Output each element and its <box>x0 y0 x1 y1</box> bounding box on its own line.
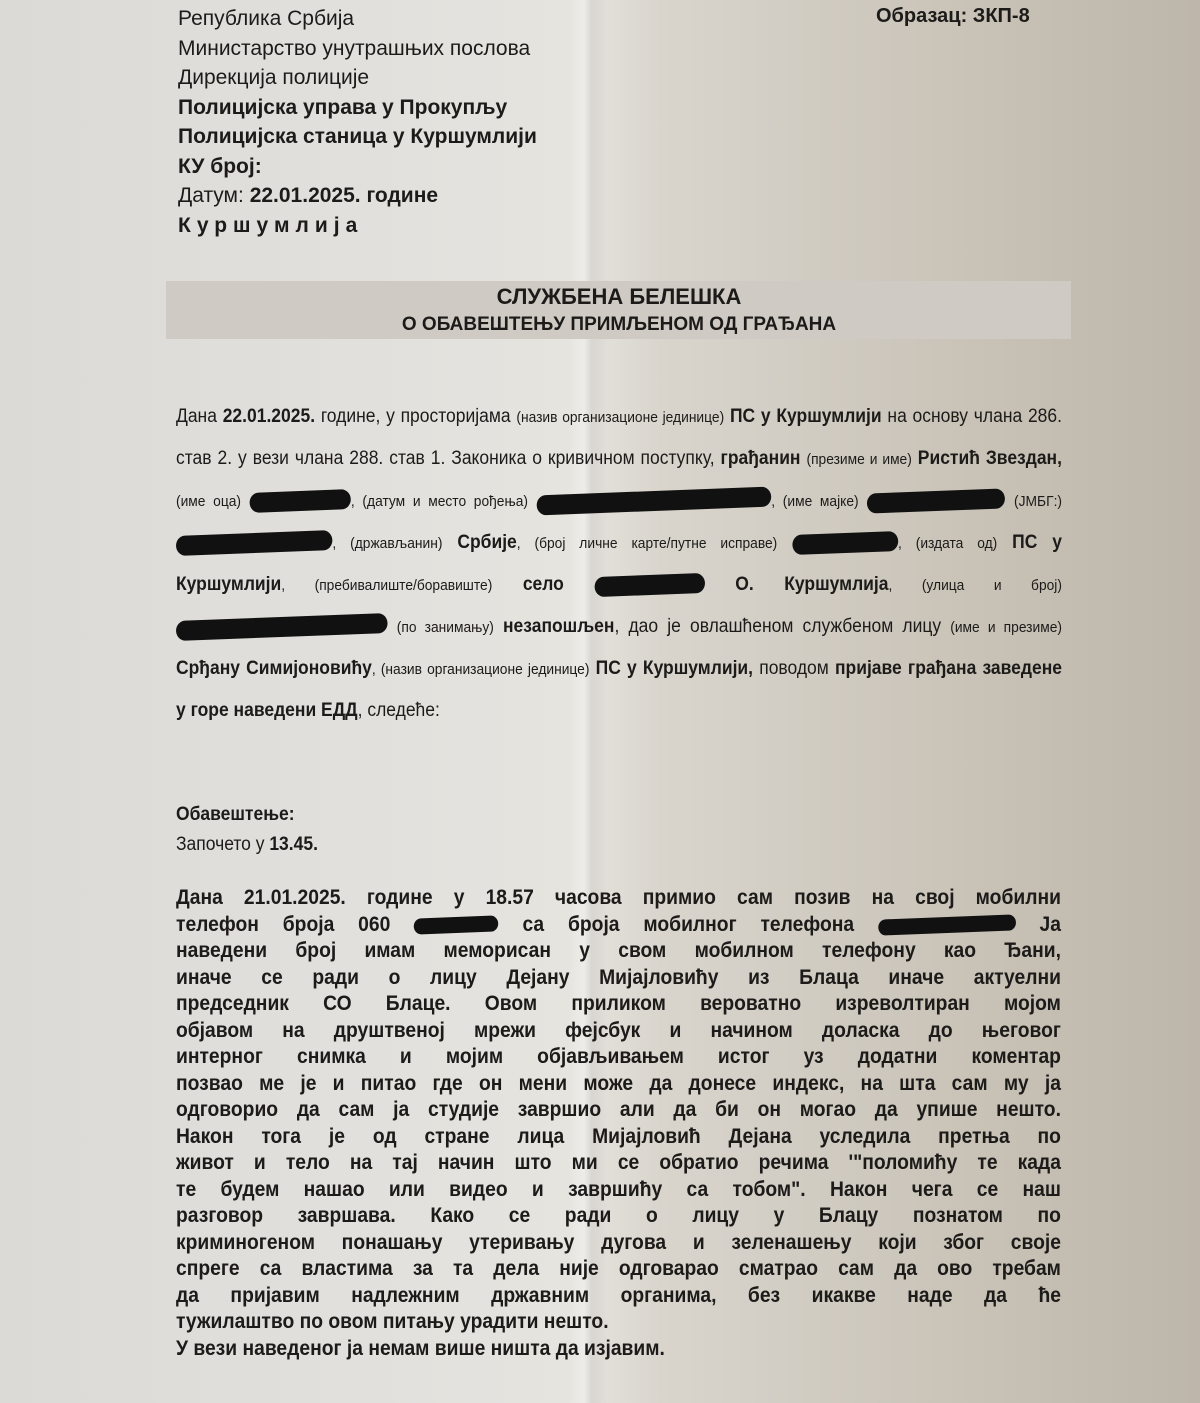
redaction-mark <box>249 489 351 513</box>
header-republic: Република Србија <box>178 4 537 34</box>
document-title: СЛУЖБЕНА БЕЛЕШКА <box>0 284 1200 310</box>
citizenship-value: Србије <box>457 532 516 553</box>
header-police-administration: Полицијска управа у Прокупљу <box>178 93 537 123</box>
statement-line: иначе се ради о лицу Дејану Мијајловићу … <box>176 965 1061 992</box>
notice-block: Обавештење: Започето у 13.45. <box>176 800 318 860</box>
citizen-name: Ристић Звездан, <box>918 448 1062 469</box>
date-label: Датум: <box>178 184 244 207</box>
statement-line: тужилаштво по овом питању урадити нешто. <box>176 1309 1061 1336</box>
field-label: , (број личне карте/путне исправе) <box>517 535 778 552</box>
statement-line: одговорио да сам ја студије завршио али … <box>176 1097 1061 1124</box>
redaction-mark <box>867 488 1006 513</box>
header-directorate: Дирекција полиције <box>178 63 537 93</box>
statement-line: да пријавим надлежним државним органима,… <box>176 1283 1061 1310</box>
field-label: (ЈМБГ:) <box>1014 493 1062 510</box>
field-label: (назив организационе јединице) <box>516 409 724 426</box>
statement-line: спреге са властима за та дела није одгов… <box>176 1256 1061 1283</box>
statement-line: криминогеном понашању утеривању дугова и… <box>176 1230 1061 1257</box>
statement-text: Ја <box>1040 913 1061 936</box>
intro-text: поводом <box>759 658 829 679</box>
form-code: Образац: ЗКП-8 <box>876 5 1030 28</box>
header-date: Датум: 22.01.2025. године <box>178 181 537 211</box>
redaction-mark <box>414 915 499 934</box>
statement-body: Дана 21.01.2025. године у 18.57 часова п… <box>176 885 1061 1362</box>
field-label: (презиме и име) <box>806 451 911 468</box>
municipality-value: О. Куршумлија <box>735 574 888 595</box>
occupation-value: незапошљен <box>503 616 614 637</box>
header-city: Куршумлија <box>178 211 537 241</box>
started-label: Започето у <box>176 834 264 855</box>
statement-line: те будем нашао или видео и завршићу са т… <box>176 1177 1061 1204</box>
field-label: , (улица и број) <box>888 577 1061 594</box>
intro-text: , дао је овлашћеном службеном лицу <box>614 616 941 637</box>
unit-value: ПС у Куршумлији <box>730 406 882 427</box>
officer-name: Срђану Симијоновићу <box>176 658 372 679</box>
statement-line: Након тога је од стране лица Мијајловић … <box>176 1124 1061 1151</box>
header-police-station: Полицијска станица у Куршумлији <box>178 122 537 152</box>
statement-line: живот и тело на тај начин што ми се обра… <box>176 1150 1061 1177</box>
field-label: (по занимању) <box>397 619 494 636</box>
statement-line: објавом на друштвеној мрежи фејсбук и на… <box>176 1018 1061 1045</box>
statement-line: председник СО Блаце. Овом приликом веров… <box>176 991 1061 1018</box>
statement-line: разговор завршава. Како се ради о лицу у… <box>176 1203 1061 1230</box>
field-label: (име оца) <box>176 493 241 510</box>
field-label: , (име мајке) <box>771 493 858 510</box>
header-case-number: КУ број: <box>178 152 537 182</box>
statement-line: Дана 21.01.2025. године у 18.57 часова п… <box>176 885 1061 912</box>
statement-line: телефон броја 060 са броја мобилног теле… <box>176 912 1061 939</box>
redaction-mark <box>176 613 388 641</box>
notice-label: Обавештење: <box>176 800 318 830</box>
statement-line: интерног снимка и мојим објављивањем ист… <box>176 1044 1061 1071</box>
document-subtitle: О ОБАВЕШТЕЊУ ПРИМЉЕНОМ ОД ГРАЂАНА <box>0 314 1200 336</box>
statement-text: са броја мобилног телефона <box>522 913 854 936</box>
redaction-mark <box>878 914 1016 935</box>
header-ministry: Министарство унутрашњих послова <box>178 34 537 64</box>
intro-text: , следеће: <box>358 700 440 721</box>
redaction-mark <box>594 573 705 597</box>
intro-text: Дана <box>176 406 217 427</box>
statement-closing: У вези наведеног ја немам више ништа да … <box>176 1336 1061 1363</box>
field-label: , (издата од) <box>898 535 997 552</box>
unit-value: ПС у Куршумлији, <box>596 658 753 679</box>
intro-text: године, у просторијама <box>321 406 511 427</box>
field-label: (име и презиме) <box>950 619 1062 636</box>
redaction-mark <box>536 487 771 516</box>
redaction-mark <box>176 530 333 556</box>
started-line: Започето у 13.45. <box>176 830 318 860</box>
field-label: , (пребивалиште/боравиште) <box>281 577 492 594</box>
redaction-mark <box>792 531 898 555</box>
citizen-label: грађанин <box>721 448 801 469</box>
statement-line: позвао ме је и питао где он мени може да… <box>176 1071 1061 1098</box>
residence-value: село <box>523 574 564 595</box>
field-label: , (датум и место рођења) <box>351 493 528 510</box>
field-label: , (назив организационе јединице) <box>372 661 590 678</box>
intro-date: 22.01.2025. <box>223 406 315 427</box>
document-header: Република Србија Министарство унутрашњих… <box>178 4 537 240</box>
statement-line: наведени број имам меморисан у свом моби… <box>176 938 1061 965</box>
started-time: 13.45. <box>269 834 318 855</box>
intro-paragraph: Дана 22.01.2025. године, у просторијама … <box>176 396 1062 731</box>
field-label: , (држављанин) <box>332 535 442 552</box>
statement-text: телефон броја 060 <box>176 913 390 936</box>
date-value: 22.01.2025. године <box>250 184 438 207</box>
